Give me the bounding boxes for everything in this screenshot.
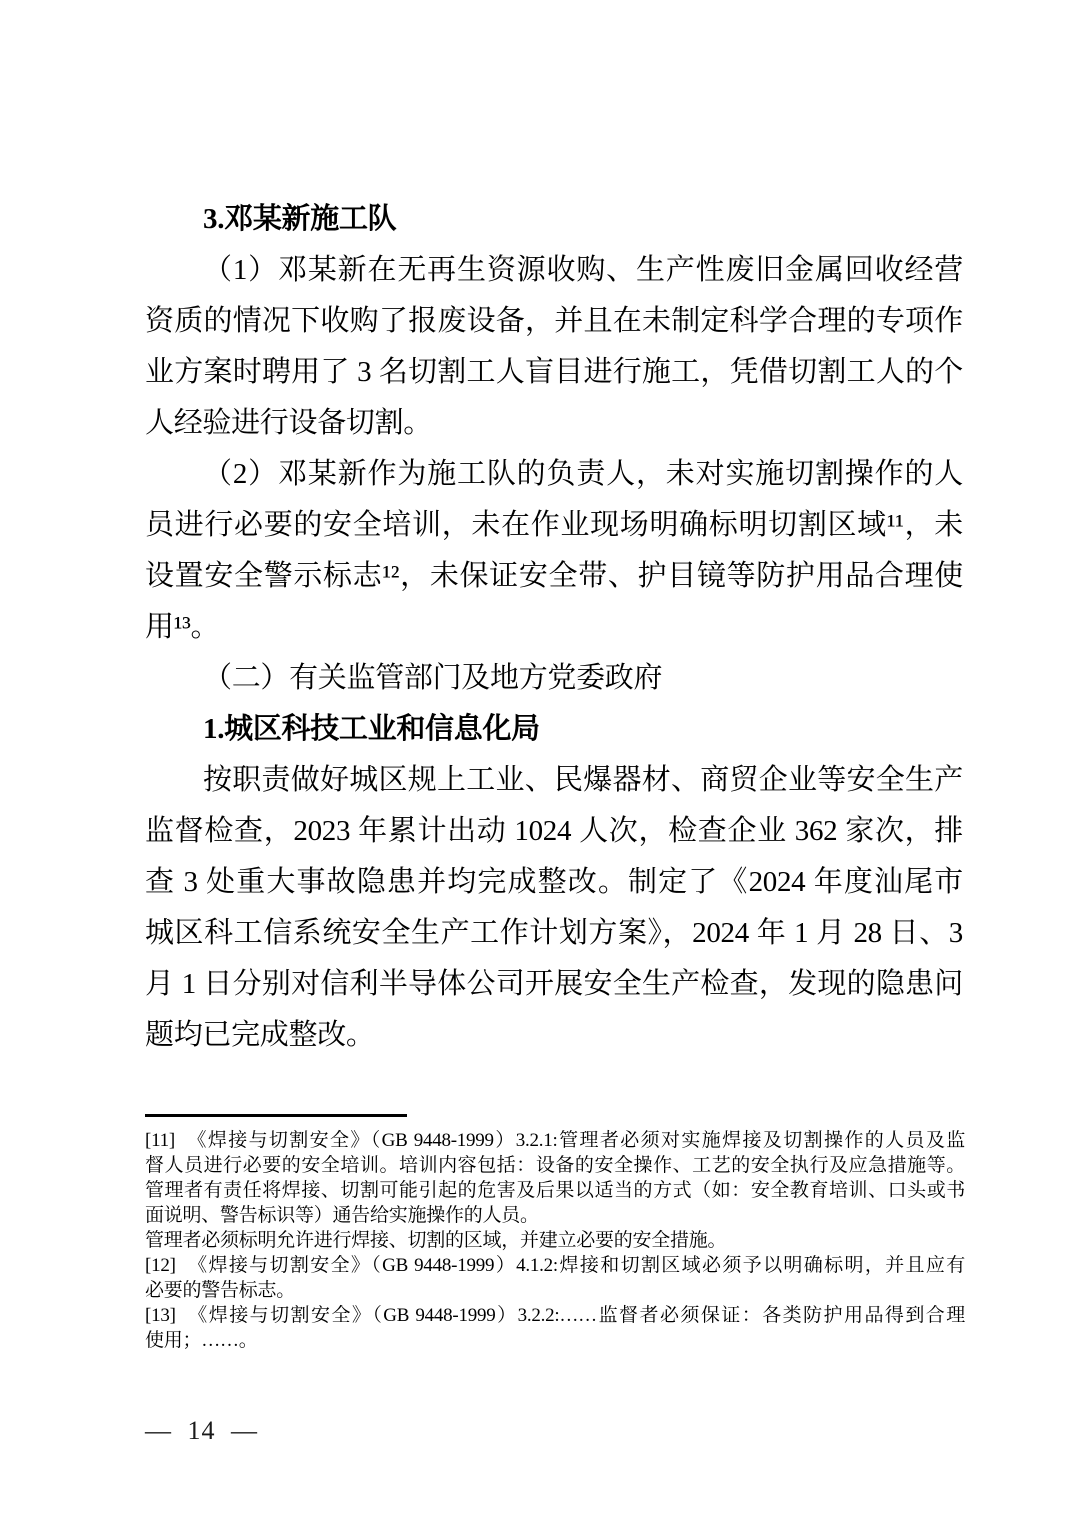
body-line: 设置安全警示标志¹²，未保证安全带、护目镜等防护用品合理使: [145, 551, 963, 602]
subsection-heading-2: （二）有关监管部门及地方党委政府: [145, 653, 963, 704]
body-line: 用¹³。: [145, 602, 963, 653]
footnotes-section: [11] 《焊接与切割安全》（GB 9448-1999）3.2.1:管理者必须对…: [145, 1128, 965, 1353]
footnote-12-line: 必要的警告标志。: [145, 1278, 965, 1303]
footnote-11-line: 管理者有责任将焊接、切割可能引起的危害及后果以适当的方式（如：安全教育培训、口头…: [145, 1178, 965, 1203]
page-number: — 14 —: [145, 1416, 258, 1446]
footnote-13-line: [13] 《焊接与切割安全》（GB 9448-1999）3.2.2:……监督者必…: [145, 1303, 965, 1328]
body-line: （1）邓某新在无再生资源收购、生产性废旧金属回收经营: [145, 245, 963, 296]
body-line: 查 3 处重大事故隐患并均完成整改。制定了《2024 年度汕尾市: [145, 857, 963, 908]
footnote-12-line: [12] 《焊接与切割安全》（GB 9448-1999）4.1.2:焊接和切割区…: [145, 1253, 965, 1278]
body-line: 业方案时聘用了 3 名切割工人盲目进行施工，凭借切割工人的个: [145, 347, 963, 398]
footnote-separator: [145, 1114, 407, 1117]
body-line: 资质的情况下收购了报废设备，并且在未制定科学合理的专项作: [145, 296, 963, 347]
section-heading-3: 3.邓某新施工队: [145, 194, 963, 245]
body-line: 题均已完成整改。: [145, 1010, 963, 1061]
body-line: 监督检查，2023 年累计出动 1024 人次，检查企业 362 家次，排: [145, 806, 963, 857]
body-line: （2）邓某新作为施工队的负责人，未对实施切割操作的人: [145, 449, 963, 500]
footnote-11-line: 督人员进行必要的安全培训。培训内容包括：设备的安全操作、工艺的安全执行及应急措施…: [145, 1153, 965, 1178]
body-line: 员进行必要的安全培训，未在作业现场明确标明切割区域¹¹，未: [145, 500, 963, 551]
body-line: 按职责做好城区规上工业、民爆器材、商贸企业等安全生产: [145, 755, 963, 806]
footnote-11-line: [11] 《焊接与切割安全》（GB 9448-1999）3.2.1:管理者必须对…: [145, 1128, 965, 1153]
footnote-11-line: 管理者必须标明允许进行焊接、切割的区域，并建立必要的安全措施。: [145, 1228, 965, 1253]
document-body: 3.邓某新施工队（1）邓某新在无再生资源收购、生产性废旧金属回收经营资质的情况下…: [145, 194, 963, 1061]
body-line: 月 1 日分别对信利半导体公司开展安全生产检查，发现的隐患问: [145, 959, 963, 1010]
section-heading-1: 1.城区科技工业和信息化局: [145, 704, 963, 755]
body-line: 城区科工信系统安全生产工作计划方案》，2024 年 1 月 28 日、3: [145, 908, 963, 959]
body-line: 人经验进行设备切割。: [145, 398, 963, 449]
document-page: 3.邓某新施工队（1）邓某新在无再生资源收购、生产性废旧金属回收经营资质的情况下…: [0, 0, 1080, 1532]
footnote-11-line: 面说明、警告标识等）通告给实施操作的人员。: [145, 1203, 965, 1228]
footnote-13-line: 使用；……。: [145, 1328, 965, 1353]
